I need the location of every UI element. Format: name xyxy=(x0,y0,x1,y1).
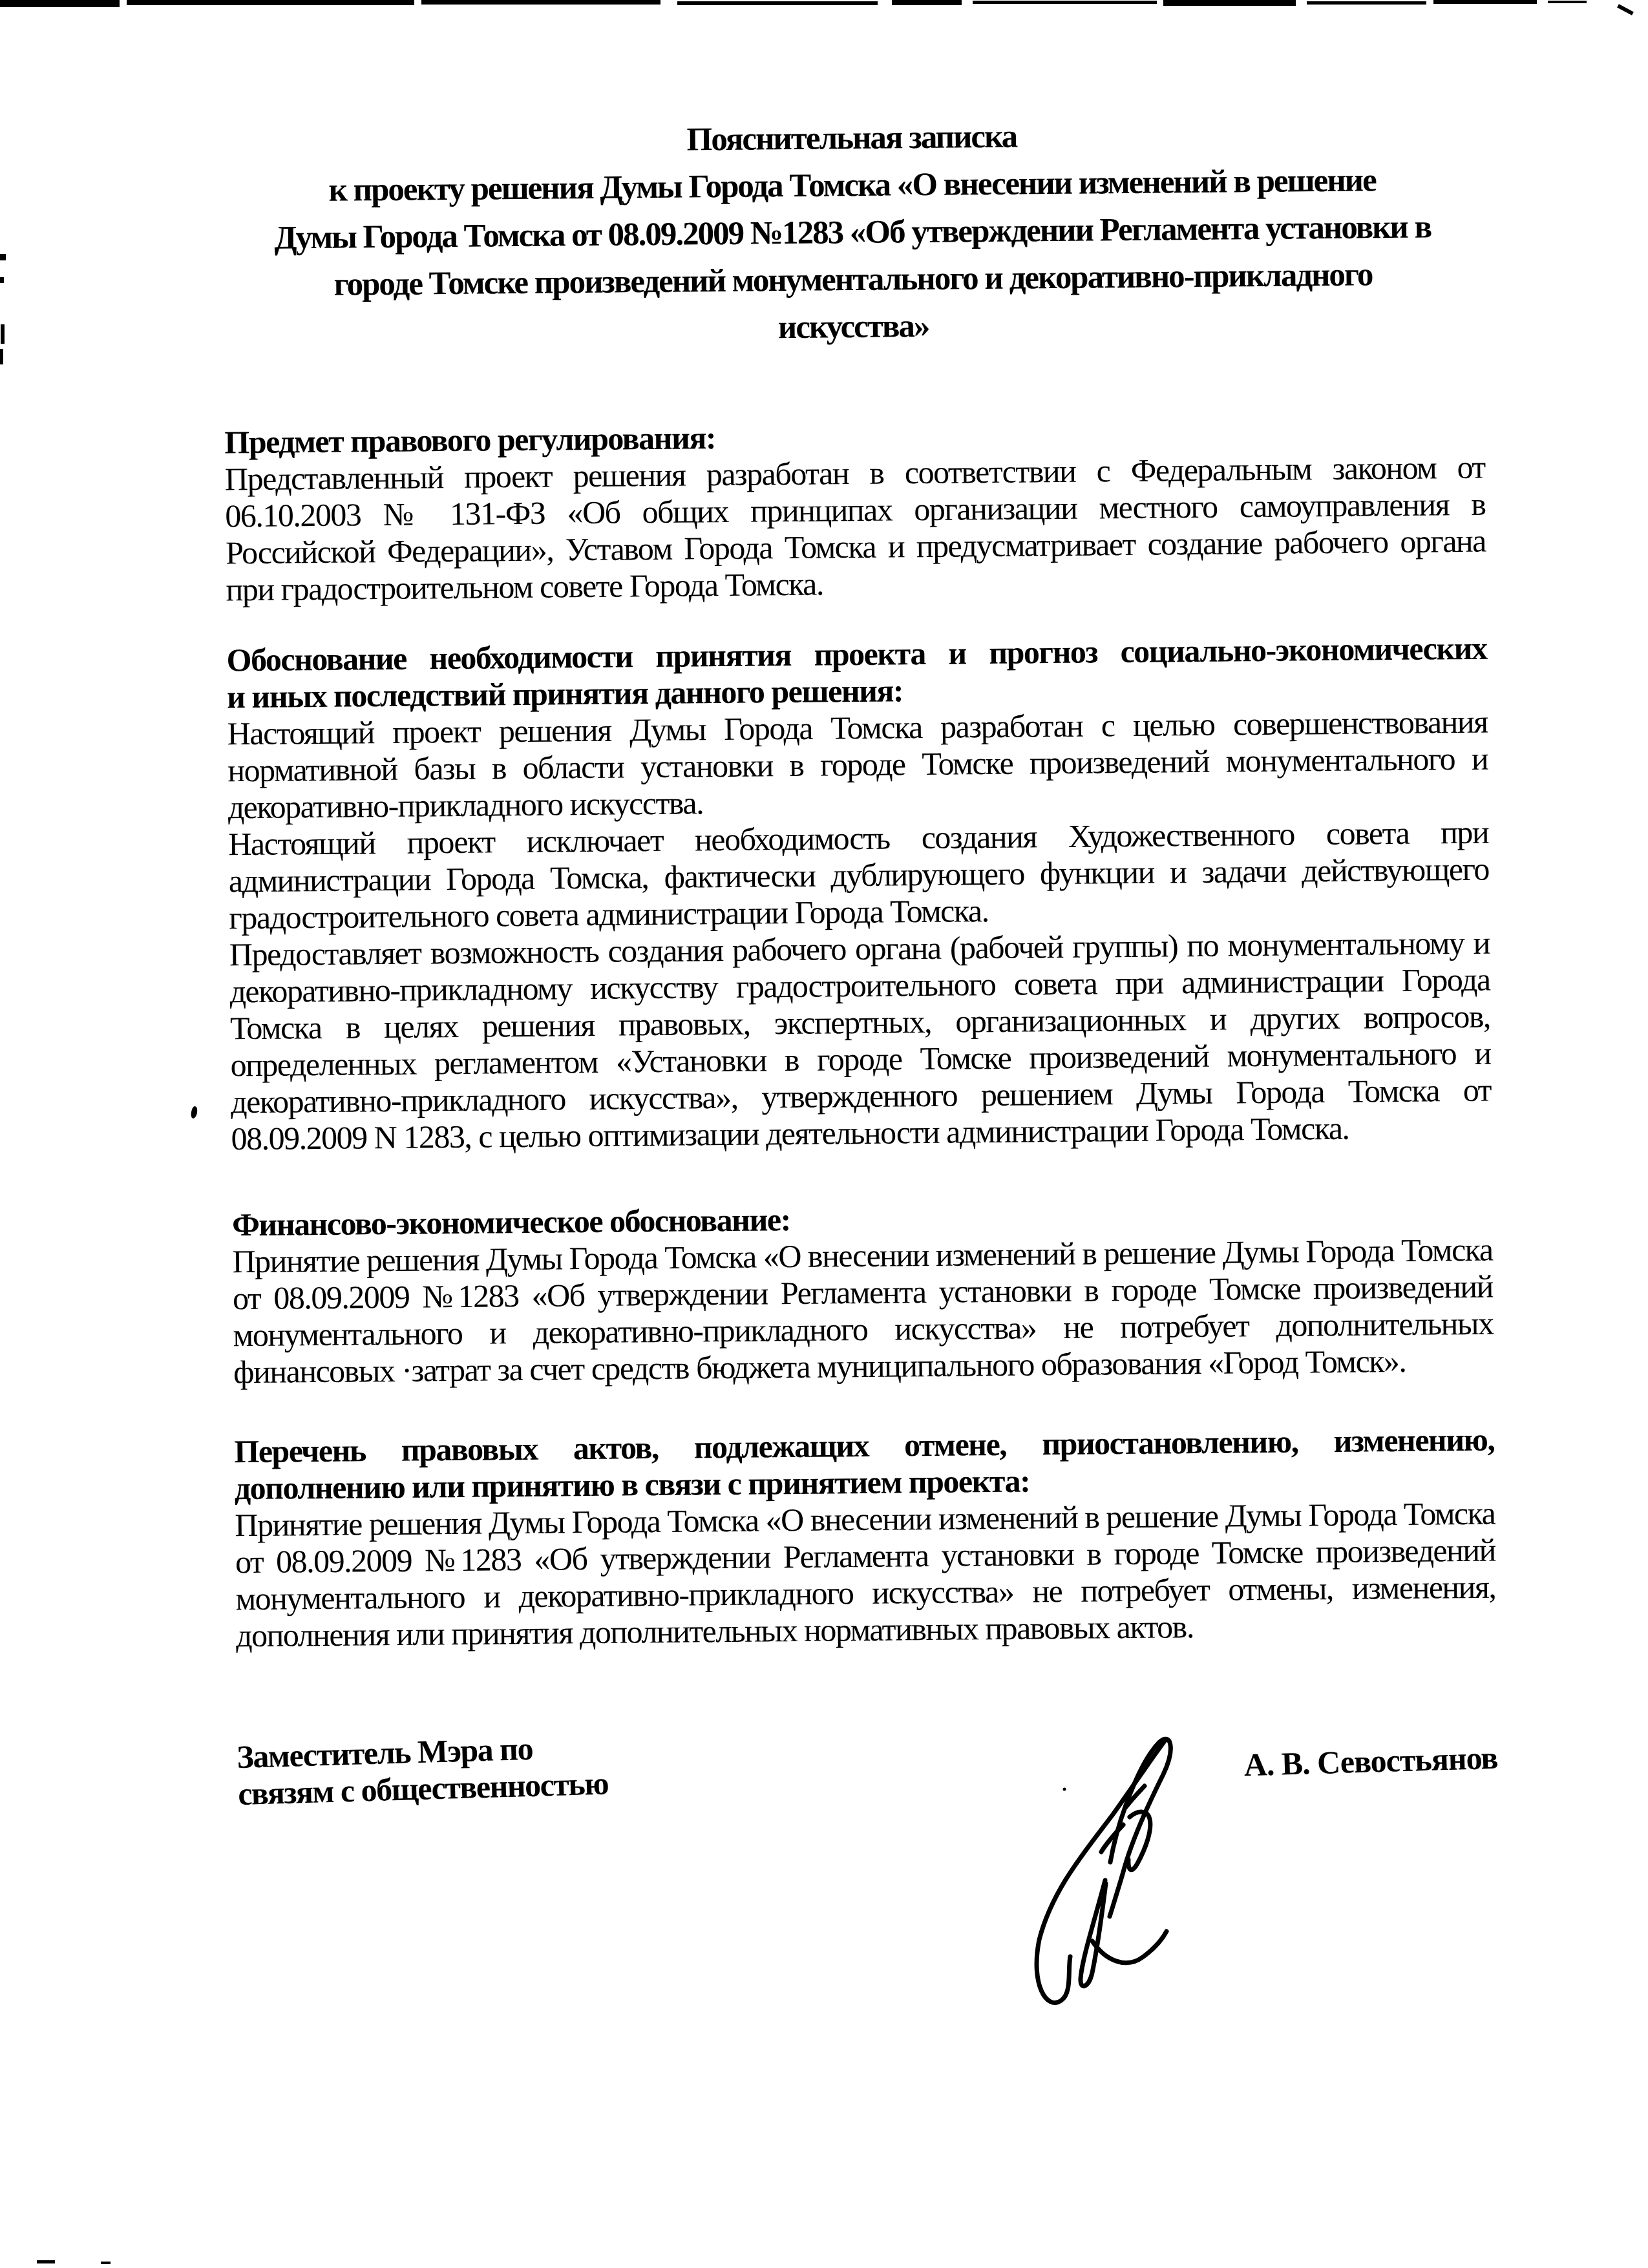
section-subject: Предмет правового регулирования: Предста… xyxy=(224,412,1486,609)
top-edge-artifact xyxy=(892,0,962,5)
section-financial: Финансово-экономическое обоснование: При… xyxy=(232,1195,1494,1391)
left-edge-artifact xyxy=(1,324,5,344)
document-title: Пояснительная записка к проекту решения … xyxy=(222,109,1484,357)
section-justification: Обоснование необходимости принятия проек… xyxy=(226,630,1492,1158)
handwritten-signature xyxy=(1003,1727,1220,2041)
top-edge-artifact xyxy=(1307,1,1426,5)
top-edge-artifact xyxy=(421,0,660,5)
left-edge-artifact xyxy=(0,349,3,364)
paragraph: Настоящий проект исключает необходимость… xyxy=(228,814,1490,937)
top-edge-artifact xyxy=(973,1,1157,4)
stray-ink-mark xyxy=(190,1106,198,1118)
section-legal-acts: Перечень правовых актов, подлежащих отме… xyxy=(234,1422,1496,1655)
signatory-name: А. В. Севостьянов xyxy=(1243,1739,1498,1783)
top-edge-artifact xyxy=(127,0,414,5)
bottom-edge-artifact xyxy=(101,2262,111,2264)
page: { "page": { "kind": "scanned official le… xyxy=(0,0,1648,2268)
bottom-edge-artifact xyxy=(37,2260,55,2263)
top-edge-artifact xyxy=(1433,0,1537,4)
top-edge-artifact xyxy=(0,0,120,7)
top-edge-artifact xyxy=(1163,0,1296,6)
top-edge-artifact xyxy=(677,1,878,5)
signature-block: Заместитель Мэра по связям с общественно… xyxy=(237,1703,1498,1812)
signatory-position: Заместитель Мэра по связям с общественно… xyxy=(237,1728,609,1812)
left-edge-artifact xyxy=(0,277,4,283)
paragraph: Представленный проект решения разработан… xyxy=(225,449,1486,609)
top-right-speck xyxy=(1617,4,1634,16)
paragraph: Настоящий проект решения Думы Города Том… xyxy=(227,704,1488,826)
paragraph: Принятие решения Думы Города Томска «О в… xyxy=(232,1232,1494,1391)
document-body: Пояснительная записка к проекту решения … xyxy=(222,109,1498,1801)
paragraph: Принятие решения Думы Города Томска «О в… xyxy=(235,1495,1496,1655)
top-edge-artifact xyxy=(1548,1,1587,3)
paragraph: Предоставляет возможность создания рабоч… xyxy=(229,925,1492,1158)
left-edge-artifact xyxy=(0,254,6,260)
